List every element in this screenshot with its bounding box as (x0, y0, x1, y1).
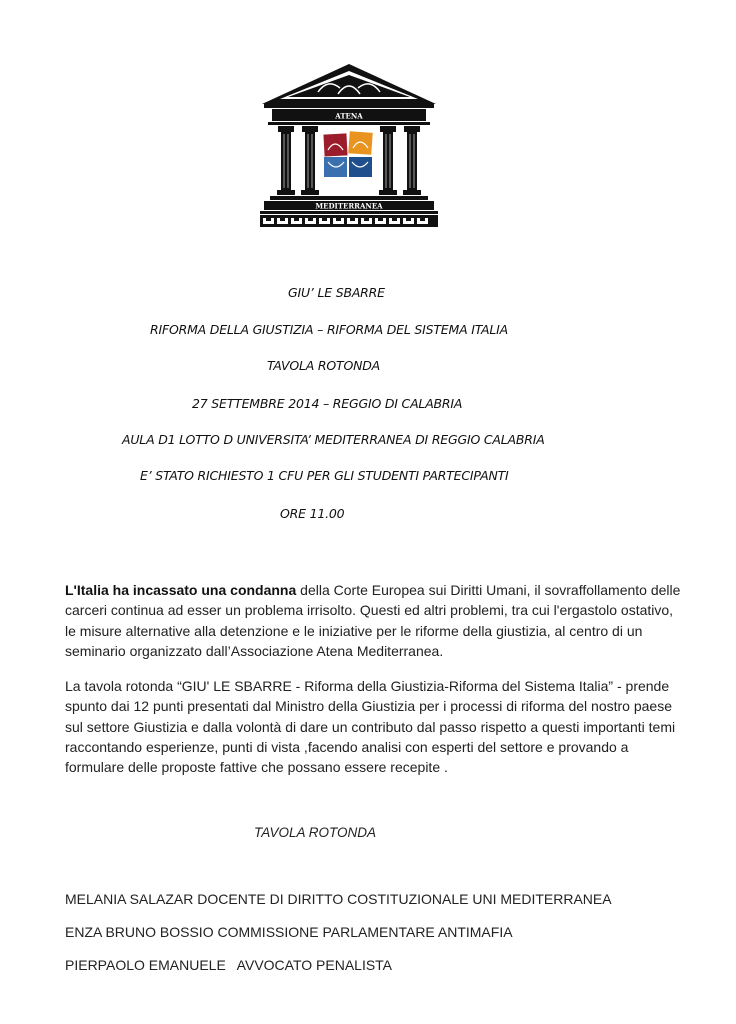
speaker-item: ENZA BRUNO BOSSIO COMMISSIONE PARLAMENTA… (65, 924, 513, 940)
event-format: TAVOLA ROTONDA (267, 358, 380, 373)
event-venue: AULA D1 LOTTO D UNIVERSITA’ MEDITERRANEA… (122, 432, 545, 447)
description-paragraph: La tavola rotonda “GIU' LE SBARRE - Rifo… (65, 676, 685, 777)
speaker-item: PIERPAOLO EMANUELE AVVOCATO PENALISTA (65, 957, 392, 973)
event-time: ORE 11.00 (280, 506, 344, 521)
logo-bottom-text: MEDITERRANEA (315, 202, 383, 211)
atena-mediterranea-logo: ATENA MEDITERRANEA (258, 62, 440, 228)
intro-bold-lead: L'Italia ha incassato una condanna (65, 582, 296, 598)
event-title: GIU’ LE SBARRE (288, 285, 385, 300)
section-title: TAVOLA ROTONDA (254, 825, 376, 840)
intro-paragraph: L'Italia ha incassato una condanna della… (65, 580, 685, 661)
event-date-place: 27 SETTEMBRE 2014 – REGGIO DI CALABRIA (192, 396, 462, 411)
event-subtitle: RIFORMA DELLA GIUSTIZIA – RIFORMA DEL SI… (150, 322, 508, 337)
speaker-item: MELANIA SALAZAR DOCENTE DI DIRITTO COSTI… (65, 891, 612, 907)
logo-top-text: ATENA (334, 112, 363, 121)
event-credit-note: E’ STATO RICHIESTO 1 CFU PER GLI STUDENT… (140, 468, 509, 483)
